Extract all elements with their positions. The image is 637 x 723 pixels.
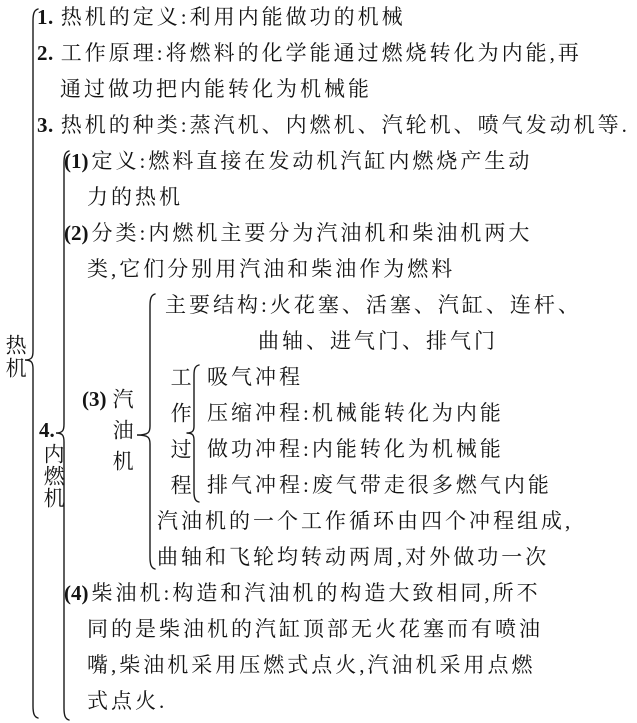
item-1-number: 1. (37, 5, 54, 29)
item-4-number: 4. (39, 419, 55, 442)
item-2-continuation: 通过做功把内能转化为机械能 (60, 78, 372, 101)
work-process-brace-icon (185, 364, 200, 503)
stroke-line-power: 做功冲程:内能转化为机械能 (207, 438, 504, 461)
item-3-number: 3. (37, 113, 54, 137)
sub-item-2-continuation: 类,它们分别用汽油和柴油作为燃料 (87, 258, 455, 281)
concept-map-heat-engine: 热机 1.热机的定义:利用内能做功的机械 2.工作原理:将燃料的化学能通过燃烧转… (0, 0, 637, 723)
stroke-line-compression: 压缩冲程:机械能转化为内能 (207, 402, 504, 425)
item-2: 2.工作原理:将燃料的化学能通过燃烧转化为内能,再 (37, 42, 582, 65)
sub-item-4-continuation-3: 式点火. (87, 690, 167, 713)
item-3: 3.热机的种类:蒸汽机、内燃机、汽轮机、喷气发动机等. (37, 114, 630, 137)
sub-item-1: (1)定义:燃料直接在发动机汽缸内燃烧产生动 (64, 150, 532, 173)
stroke-line-exhaust: 排气冲程:废气带走很多燃气内能 (207, 474, 552, 497)
stroke-line-intake: 吸气冲程 (207, 366, 303, 389)
sub-item-1-number: (1) (64, 149, 89, 173)
sub-item-4-continuation-2: 嘴,柴油机采用压燃式点火,汽油机采用点燃 (87, 654, 536, 677)
sub-item-3-number: (3) (82, 388, 107, 411)
item-1: 1.热机的定义:利用内能做功的机械 (37, 6, 406, 29)
sub-item-2-number: (2) (64, 221, 89, 245)
item-3-text: 热机的种类:蒸汽机、内燃机、汽轮机、喷气发动机等. (61, 113, 630, 137)
sub-item-4: (4)柴油机:构造和汽油机的构造大致相同,所不 (64, 582, 541, 605)
sub-item-4-continuation-1: 同的是柴油机的汽缸顶部无火花塞而有喷油 (87, 618, 543, 641)
item-2-number: 2. (37, 41, 54, 65)
cycle-line-2: 曲轴和飞轮均转动两周,对外做功一次 (157, 546, 549, 569)
structure-line-1: 主要结构:火花塞、活塞、汽缸、连杆、 (165, 294, 582, 317)
cycle-line-1: 汽油机的一个工作循环由四个冲程组成, (157, 510, 573, 533)
item-2-text: 工作原理:将燃料的化学能通过燃烧转化为内能,再 (61, 41, 582, 65)
item-1-text: 热机的定义:利用内能做功的机械 (61, 5, 406, 29)
sub-item-1-continuation: 力的热机 (87, 186, 183, 209)
sub-item-2: (2)分类:内燃机主要分为汽油机和柴油机两大 (64, 222, 532, 245)
sub-item-3-label: 汽油机 (110, 388, 134, 481)
sub-item-4-number: (4) (64, 581, 89, 605)
structure-line-2: 曲轴、进气门、排气门 (258, 330, 498, 353)
gasoline-engine-brace-icon (136, 293, 156, 570)
